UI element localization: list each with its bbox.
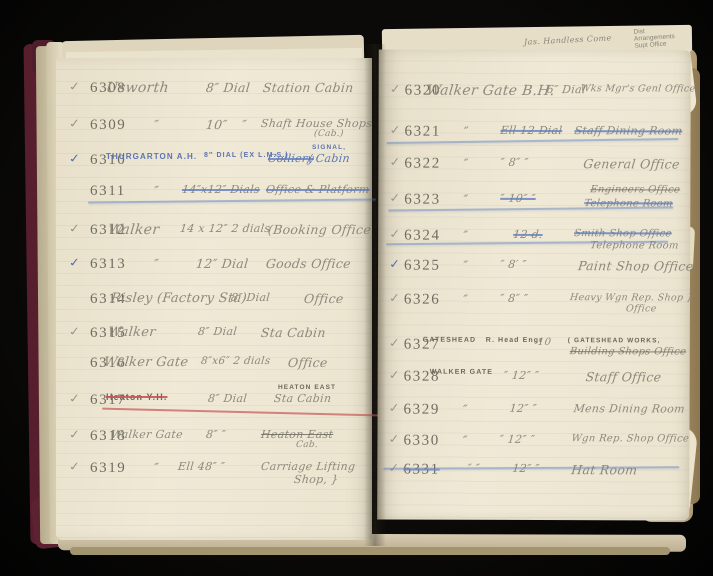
entry-text: Wgn Rep. Shop Office xyxy=(571,433,690,444)
entry-text: 8″ Dial xyxy=(205,80,251,95)
entry-text: HEATON EAST xyxy=(278,384,336,391)
tick-mark: ✓ xyxy=(68,324,82,339)
entry-text: Walker Gate xyxy=(110,428,183,441)
ledger-row-6314: 6314Risley (Factory Sta)8″ DialOffice xyxy=(56,291,372,313)
entry-text: ″ 12″ ″ xyxy=(499,433,536,446)
entry-number: 6330 xyxy=(403,433,439,450)
entry-text: 14 x 12″ 2 dials xyxy=(179,222,271,235)
entry-text: ″ xyxy=(462,402,469,417)
entry-text: Walker Gate xyxy=(103,355,189,370)
entry-text: SIGNAL, xyxy=(312,144,346,151)
entry-text: Ell 48″ ″ xyxy=(177,460,225,473)
entry-text: (Cab.) xyxy=(313,129,344,139)
ledger-row-6322: ✓6322″″ 8″ ″General Office xyxy=(378,155,690,178)
entry-text: Office xyxy=(287,355,328,370)
photo-of-open-ledger: Jas. Handless Come Dist Arrangements Sup… xyxy=(0,0,713,576)
tick-mark: ✓ xyxy=(388,227,402,242)
pencil-annotation-2: Dist Arrangements Supt Office xyxy=(633,26,675,50)
entry-text: ( GATESHEAD WORKS, xyxy=(568,337,661,344)
tick-mark: ✓ xyxy=(68,255,82,270)
entry-text: Office xyxy=(625,303,657,314)
ledger-row-6310: ✓6310THURGARTON A.H.8″ DIAL (EX L.M.S.)S… xyxy=(56,152,372,174)
entry-text: General Office xyxy=(583,156,681,171)
entry-text: Shop, } xyxy=(293,473,339,486)
entry-text: ″ 8″ ″ xyxy=(499,292,529,305)
ledger-row-6321: ✓6321″Ell 12 DialStaff Dining Room xyxy=(378,123,690,146)
entry-text: Walker xyxy=(107,325,156,340)
entry-text: ″ xyxy=(153,183,160,198)
entry-text: Office & Platform xyxy=(265,183,370,196)
tick-mark: ✓ xyxy=(68,116,82,131)
entry-text: Heavy Wgn Rep. Shop } xyxy=(569,292,693,303)
tick-mark: ✓ xyxy=(388,191,402,206)
entry-text: Ell 12 Dial xyxy=(500,124,563,137)
entry-text: Office xyxy=(303,291,344,306)
entry-number: 6325 xyxy=(404,258,440,275)
entry-text: ″ xyxy=(153,256,160,271)
ledger-row-6309: ✓6309″10″″Shaft House Shops(Cab.) xyxy=(56,117,372,139)
ledger-row-6327: ✓6327GATESHEADR. Head Engr10( GATESHEAD … xyxy=(378,336,690,359)
ledger-row-6320: ✓6320Walker Gate B.H.6″ DialWks Mgr's Ge… xyxy=(379,82,691,105)
entry-text: Sta Cabin xyxy=(273,392,332,405)
entry-text: GATESHEAD xyxy=(423,337,476,344)
entry-text: ″ 10″ ″ xyxy=(500,192,537,205)
entry-text: R. Head Engr xyxy=(486,337,543,344)
entry-text: Staff Dining Room xyxy=(574,124,683,137)
entry-text: Walker Gate B.H. xyxy=(426,83,556,99)
entry-number: 6323 xyxy=(404,192,440,209)
entry-number: 6309 xyxy=(90,117,126,134)
entry-text: Paint Shop Office xyxy=(577,258,694,273)
entry-text: ″ xyxy=(462,292,469,307)
entry-text: 12″ Dial xyxy=(195,256,249,271)
ledger-row-6316: 6316Walker Gate8″x6″ 2 dialsOffice xyxy=(56,355,372,377)
entry-text: / Cabin xyxy=(307,152,350,165)
entry-text: Carriage Lifting xyxy=(260,460,356,473)
tick-mark: ✓ xyxy=(387,368,401,383)
pencil-annotation-2-line3: Supt Office xyxy=(634,40,675,50)
entry-text: Goods Office xyxy=(265,256,352,271)
entry-text: ″ xyxy=(463,124,470,139)
entry-text: 10″ xyxy=(205,117,228,132)
ledger-row-6325: ✓6325″″ 8′ ″Paint Shop Office xyxy=(378,257,690,280)
entry-text: Hat Room xyxy=(571,462,639,477)
entry-text: ″ xyxy=(462,433,469,448)
ledger-row-6331: ✓6331″ ″12″ ″Hat Room xyxy=(377,461,689,484)
entry-text: Walker xyxy=(107,222,160,238)
entry-text: Risley (Factory Sta) xyxy=(110,291,247,306)
entry-text: 14″x12″ Dials xyxy=(181,183,260,196)
entry-text: ″ xyxy=(463,156,470,171)
entry-number: 6321 xyxy=(405,124,441,141)
entry-text: THURGARTON A.H. xyxy=(106,152,197,161)
ledger-right-page: ✓6320Walker Gate B.H.6″ DialWks Mgr's Ge… xyxy=(377,49,691,520)
entry-text: ″ xyxy=(241,117,248,132)
entry-text: Building Shops Office xyxy=(569,346,687,357)
entry-text: Heaton Y.H. xyxy=(106,392,167,402)
entry-text: ″ xyxy=(462,192,469,207)
entry-text: Staff Office xyxy=(585,369,662,384)
tick-mark: ✓ xyxy=(388,155,402,170)
tick-mark: ✓ xyxy=(387,401,401,416)
entry-number: 6313 xyxy=(90,256,126,273)
ledger-row-6315: ✓6315Walker8″ DialSta Cabin xyxy=(56,325,372,347)
entry-text: ″ xyxy=(462,228,469,243)
entry-text: (Booking Office xyxy=(267,222,372,237)
tick-mark: ✓ xyxy=(388,82,402,97)
tick-mark: ✓ xyxy=(68,391,82,406)
ledger-row-6330: ✓6330″″ 12″ ″Wgn Rep. Shop Office xyxy=(377,432,689,455)
ledger-row-6324: ✓6324″12 d.Smith Shop OfficeTelephone Ro… xyxy=(378,227,690,250)
ledger-row-6317: ✓6317Heaton Y.H.8″ DialHEATON EASTSta Ca… xyxy=(56,392,372,414)
ledger-row-6312: ✓6312Walker14 x 12″ 2 dials(Booking Offi… xyxy=(56,222,372,244)
entry-number: 6319 xyxy=(90,460,126,477)
tick-mark: ✓ xyxy=(388,257,402,272)
entry-number: 6322 xyxy=(404,156,440,173)
entry-text: 8″x6″ 2 dials xyxy=(200,355,271,367)
tick-mark: ✓ xyxy=(68,459,82,474)
entry-text: ″ xyxy=(153,117,160,132)
entry-text: Cab. xyxy=(295,440,318,450)
entry-text: ″ 8′ ″ xyxy=(499,258,527,271)
entry-text: Mens Dining Room xyxy=(573,402,686,415)
entry-text: Sta Cabin xyxy=(260,325,326,340)
entry-text: 12″ ″ xyxy=(509,402,538,415)
tick-mark: ✓ xyxy=(388,291,402,306)
entry-text: 12 d. xyxy=(512,228,543,241)
tick-mark: ✓ xyxy=(387,432,401,447)
ledger-row-6308: ✓6308Usworth8″ DialStation Cabin xyxy=(56,80,372,102)
entry-number: 6326 xyxy=(404,292,440,309)
ledger-row-6328: ✓6328WALKER GATE″ 12″ ″Staff Office xyxy=(378,368,690,391)
ledger-row-6319: ✓6319″Ell 48″ ″Carriage LiftingShop, } xyxy=(56,460,372,482)
tick-mark: ✓ xyxy=(388,336,402,351)
entry-text: ″ 12″ ″ xyxy=(503,369,540,382)
strike-line xyxy=(88,198,376,203)
bottom-page-stack-edge-2 xyxy=(70,547,670,555)
entry-text: 10 xyxy=(537,337,552,348)
ledger-left-page: ✓6308Usworth8″ DialStation Cabin✓6309″10… xyxy=(56,58,372,540)
ledger-row-6318: ✓6318Walker Gate8″ ″Heaton EastCab. xyxy=(56,428,372,450)
ledger-row-6313: ✓6313″12″ DialGoods Office xyxy=(56,256,372,278)
entry-number: 6331 xyxy=(403,462,439,479)
tick-mark: ✓ xyxy=(68,151,82,166)
entry-text: 8″ ″ xyxy=(205,428,226,441)
tick-mark: ✓ xyxy=(68,427,82,442)
entry-text: 8″ Dial xyxy=(207,392,247,405)
tick-mark: ✓ xyxy=(388,123,402,138)
entry-text: ″ xyxy=(153,460,160,475)
pencil-annotation-1: Jas. Handless Come xyxy=(524,33,612,46)
entry-text: Engineers Office xyxy=(590,184,681,195)
entry-number: 6329 xyxy=(404,402,440,419)
ledger-row-6329: ✓6329″12″ ″Mens Dining Room xyxy=(378,401,690,424)
entry-text: 8″ Dial xyxy=(197,325,237,338)
ledger-row-6311: 6311″14″x12″ DialsOffice & Platform xyxy=(56,183,372,205)
entry-text: Usworth xyxy=(105,80,170,96)
entry-text: ″ xyxy=(462,258,469,273)
entry-number: 6311 xyxy=(90,183,126,200)
ledger-row-6326: ✓6326″″ 8″ ″Heavy Wgn Rep. Shop }Office xyxy=(378,291,690,314)
entry-text: Wks Mgr's Genl Office xyxy=(580,83,696,94)
tick-mark: ✓ xyxy=(68,221,82,236)
strike-line xyxy=(102,408,378,417)
entry-text: WALKER GATE xyxy=(430,369,493,376)
entry-text: 8″ Dial xyxy=(230,291,270,304)
tick-mark: ✓ xyxy=(68,79,82,94)
entry-text: Smith Shop Office xyxy=(574,228,673,239)
entry-text: Station Cabin xyxy=(262,80,354,95)
ledger-row-6323: ✓6323″″ 10″ ″Engineers OfficeTelephone R… xyxy=(378,191,690,214)
entry-text: ″ 8″ ″ xyxy=(500,156,530,169)
